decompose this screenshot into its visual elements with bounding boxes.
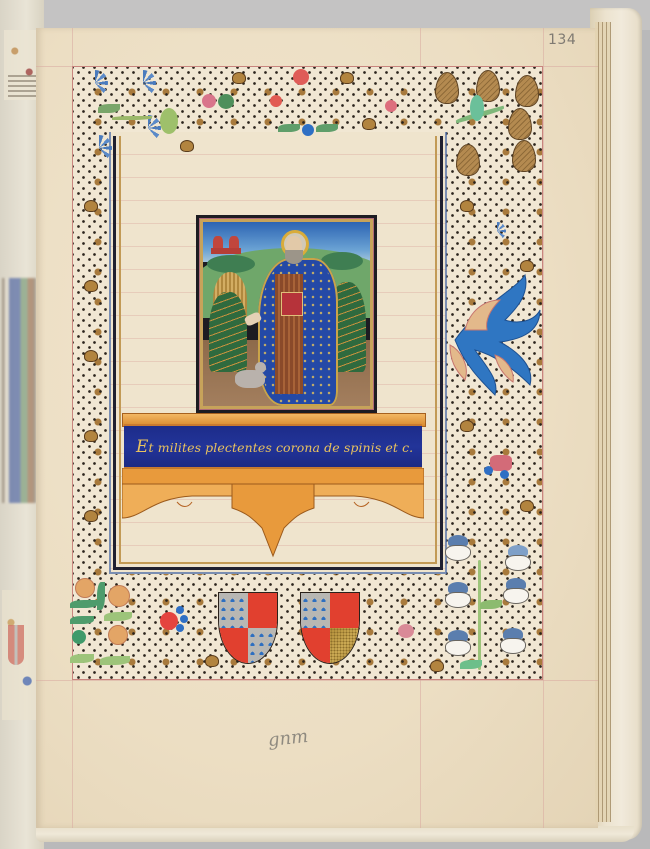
gold-bud-icon — [460, 420, 474, 432]
stem-icon — [478, 560, 481, 670]
leaf-icon — [98, 104, 120, 113]
cornflower-icon — [86, 135, 112, 161]
leaf-icon — [70, 616, 94, 624]
rubric-initial: E — [136, 437, 149, 457]
pansy-icon — [445, 630, 471, 656]
leaf-icon — [70, 654, 94, 663]
miniature-st-john-baptist — [196, 215, 377, 413]
leaf-icon — [160, 108, 178, 134]
rubric-banner: Et milites plectentes corona de spinis e… — [124, 424, 422, 470]
leaf-icon — [278, 124, 300, 132]
blue-flower-icon — [302, 124, 314, 136]
miniature-frame — [200, 219, 373, 409]
leaf-icon — [316, 124, 338, 132]
gold-bud-icon — [84, 510, 98, 522]
leaf-icon — [480, 600, 502, 609]
leaf-icon — [470, 95, 484, 121]
pansy-icon — [505, 545, 531, 571]
ruling-line — [36, 680, 598, 681]
blue-berry-icon — [484, 466, 493, 475]
gules-quarter — [248, 593, 277, 628]
cornflower-icon — [130, 70, 156, 96]
green-bud-icon — [218, 94, 234, 109]
pink-flower-icon — [398, 624, 414, 638]
pink-flower-icon — [202, 94, 216, 108]
red-flower-icon — [293, 69, 309, 85]
gold-bud-icon — [205, 655, 219, 667]
previous-page-miniature — [2, 278, 36, 503]
leaf-icon — [97, 582, 105, 610]
bottom-binding — [36, 826, 634, 842]
background — [0, 0, 650, 30]
gold-bud-icon — [362, 118, 376, 130]
gold-bud-icon — [520, 500, 534, 512]
gold-bud-icon — [460, 200, 474, 212]
tree-icon — [209, 292, 247, 372]
blue-berry-icon — [180, 615, 188, 623]
pansy-icon — [445, 582, 471, 608]
book-icon — [281, 292, 303, 316]
tree-icon — [207, 255, 255, 273]
leaf-icon — [70, 600, 98, 608]
gold-bud-icon — [232, 72, 246, 84]
pansy-icon — [445, 535, 471, 561]
vair-quarter — [301, 593, 330, 628]
vair-quarter — [219, 593, 248, 628]
gold-bud-icon — [340, 72, 354, 84]
orange-fruit-icon — [108, 585, 130, 607]
orange-fruit-icon — [108, 625, 128, 645]
acanthus-scroll-icon — [445, 270, 545, 400]
gold-bud-icon — [84, 200, 98, 212]
lamb-head — [255, 362, 266, 373]
pink-flower-icon — [490, 455, 512, 471]
leaf-icon — [460, 660, 482, 669]
gold-bud-icon — [180, 140, 194, 152]
leaf-icon — [104, 612, 132, 621]
blue-berry-icon — [176, 606, 184, 614]
red-flower-icon — [270, 95, 282, 107]
stem-icon — [112, 116, 152, 120]
folio-number: 134 — [548, 32, 576, 48]
gold-bud-icon — [430, 660, 444, 672]
pansy-icon — [500, 628, 526, 654]
previous-page-shield — [2, 590, 38, 720]
cornflower-icon — [488, 222, 506, 240]
beard — [285, 250, 303, 264]
gold-bud-icon — [84, 430, 98, 442]
cornflower-icon — [82, 70, 108, 96]
gules-quarter — [330, 593, 359, 628]
leaf-icon — [100, 656, 130, 665]
rubric-text: Et milites plectentes corona de spinis e… — [136, 437, 413, 457]
pansy-icon — [503, 578, 529, 604]
architectural-bracket — [122, 468, 424, 560]
blue-berry-icon — [500, 470, 509, 479]
pencil-annotation: gnm — [267, 726, 309, 751]
castle-wall — [211, 248, 241, 254]
orange-fruit-icon — [75, 578, 95, 598]
gold-bud-icon — [84, 280, 98, 292]
pink-flower-icon — [385, 100, 397, 112]
green-bud-icon — [72, 630, 86, 644]
rubric-body: t milites plectentes corona de spinis et… — [149, 440, 414, 455]
ruling-line — [543, 28, 544, 828]
gold-bud-icon — [84, 350, 98, 362]
blue-berry-icon — [176, 624, 184, 632]
previous-page-text-lines — [8, 75, 38, 100]
page-edges — [595, 22, 611, 822]
